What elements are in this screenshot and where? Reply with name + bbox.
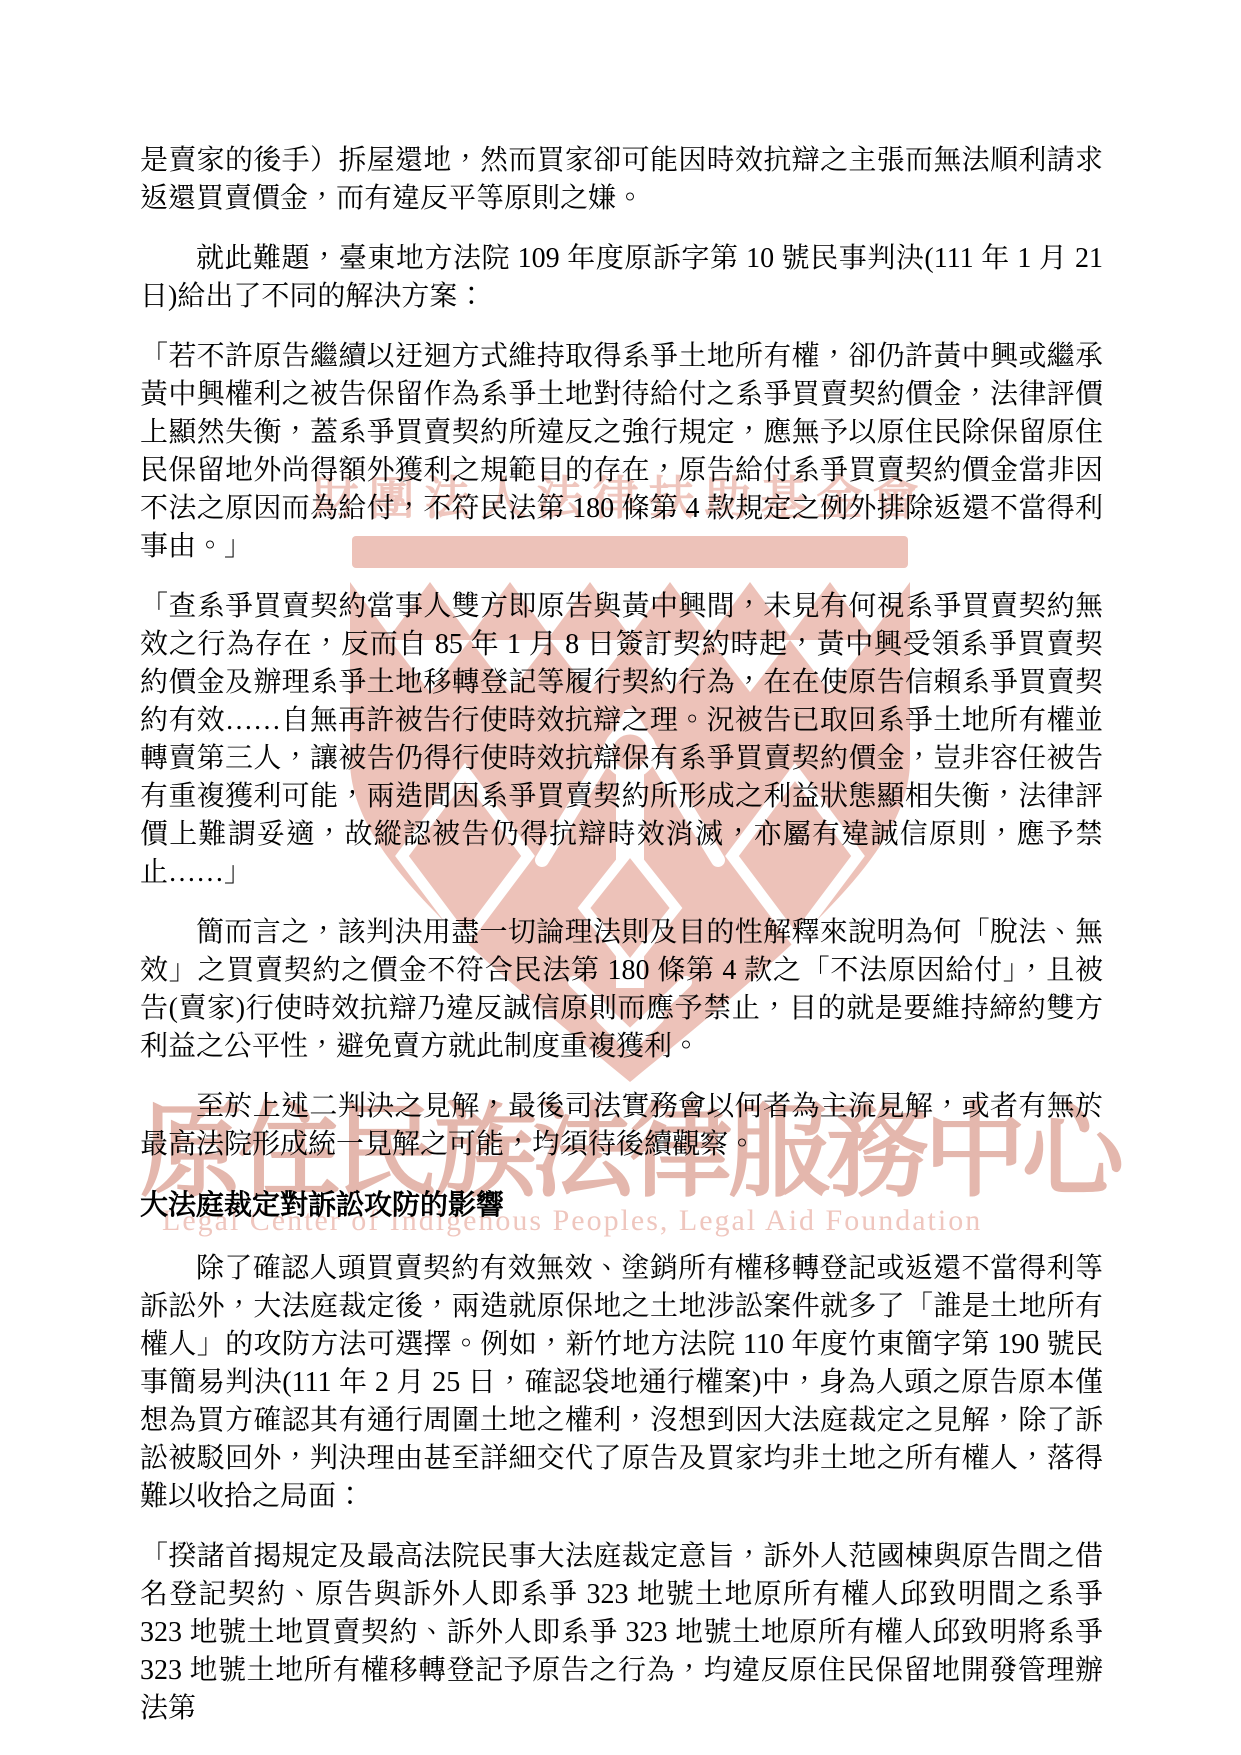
document-body: 是賣家的後手）拆屋還地，然而買家卻可能因時效抗辯之主張而無法順利請求返還買賣價金… bbox=[140, 142, 1103, 1750]
document-page: 財團法人法律扶助基金會 bbox=[0, 0, 1241, 1755]
paragraph: 簡而言之，該判決用盡一切論理法則及目的性解釋來說明為何「脫法、無效」之買賣契約之… bbox=[140, 914, 1103, 1066]
quoted-judgment-paragraph: 「揆諸首揭規定及最高法院民事大法庭裁定意旨，訴外人范國棟與原告間之借名登記契約、… bbox=[140, 1538, 1103, 1728]
section-heading: 大法庭裁定對訴訟攻防的影響 bbox=[140, 1186, 1103, 1224]
quoted-judgment-paragraph: 「若不許原告繼續以迂迴方式維持取得系爭土地所有權，卻仍許黃中興或繼承黃中興權利之… bbox=[140, 338, 1103, 566]
quoted-judgment-paragraph: 「查系爭買賣契約當事人雙方即原告與黃中興間，未見有何視系爭買賣契約無效之行為存在… bbox=[140, 588, 1103, 892]
paragraph: 至於上述二判決之見解，最後司法實務會以何者為主流見解，或者有無於最高法院形成統一… bbox=[140, 1088, 1103, 1164]
paragraph: 是賣家的後手）拆屋還地，然而買家卻可能因時效抗辯之主張而無法順利請求返還買賣價金… bbox=[140, 142, 1103, 218]
paragraph: 除了確認人頭買賣契約有效無效、塗銷所有權移轉登記或返還不當得利等訴訟外，大法庭裁… bbox=[140, 1250, 1103, 1516]
paragraph: 就此難題，臺東地方法院 109 年度原訴字第 10 號民事判決(111 年 1 … bbox=[140, 240, 1103, 316]
